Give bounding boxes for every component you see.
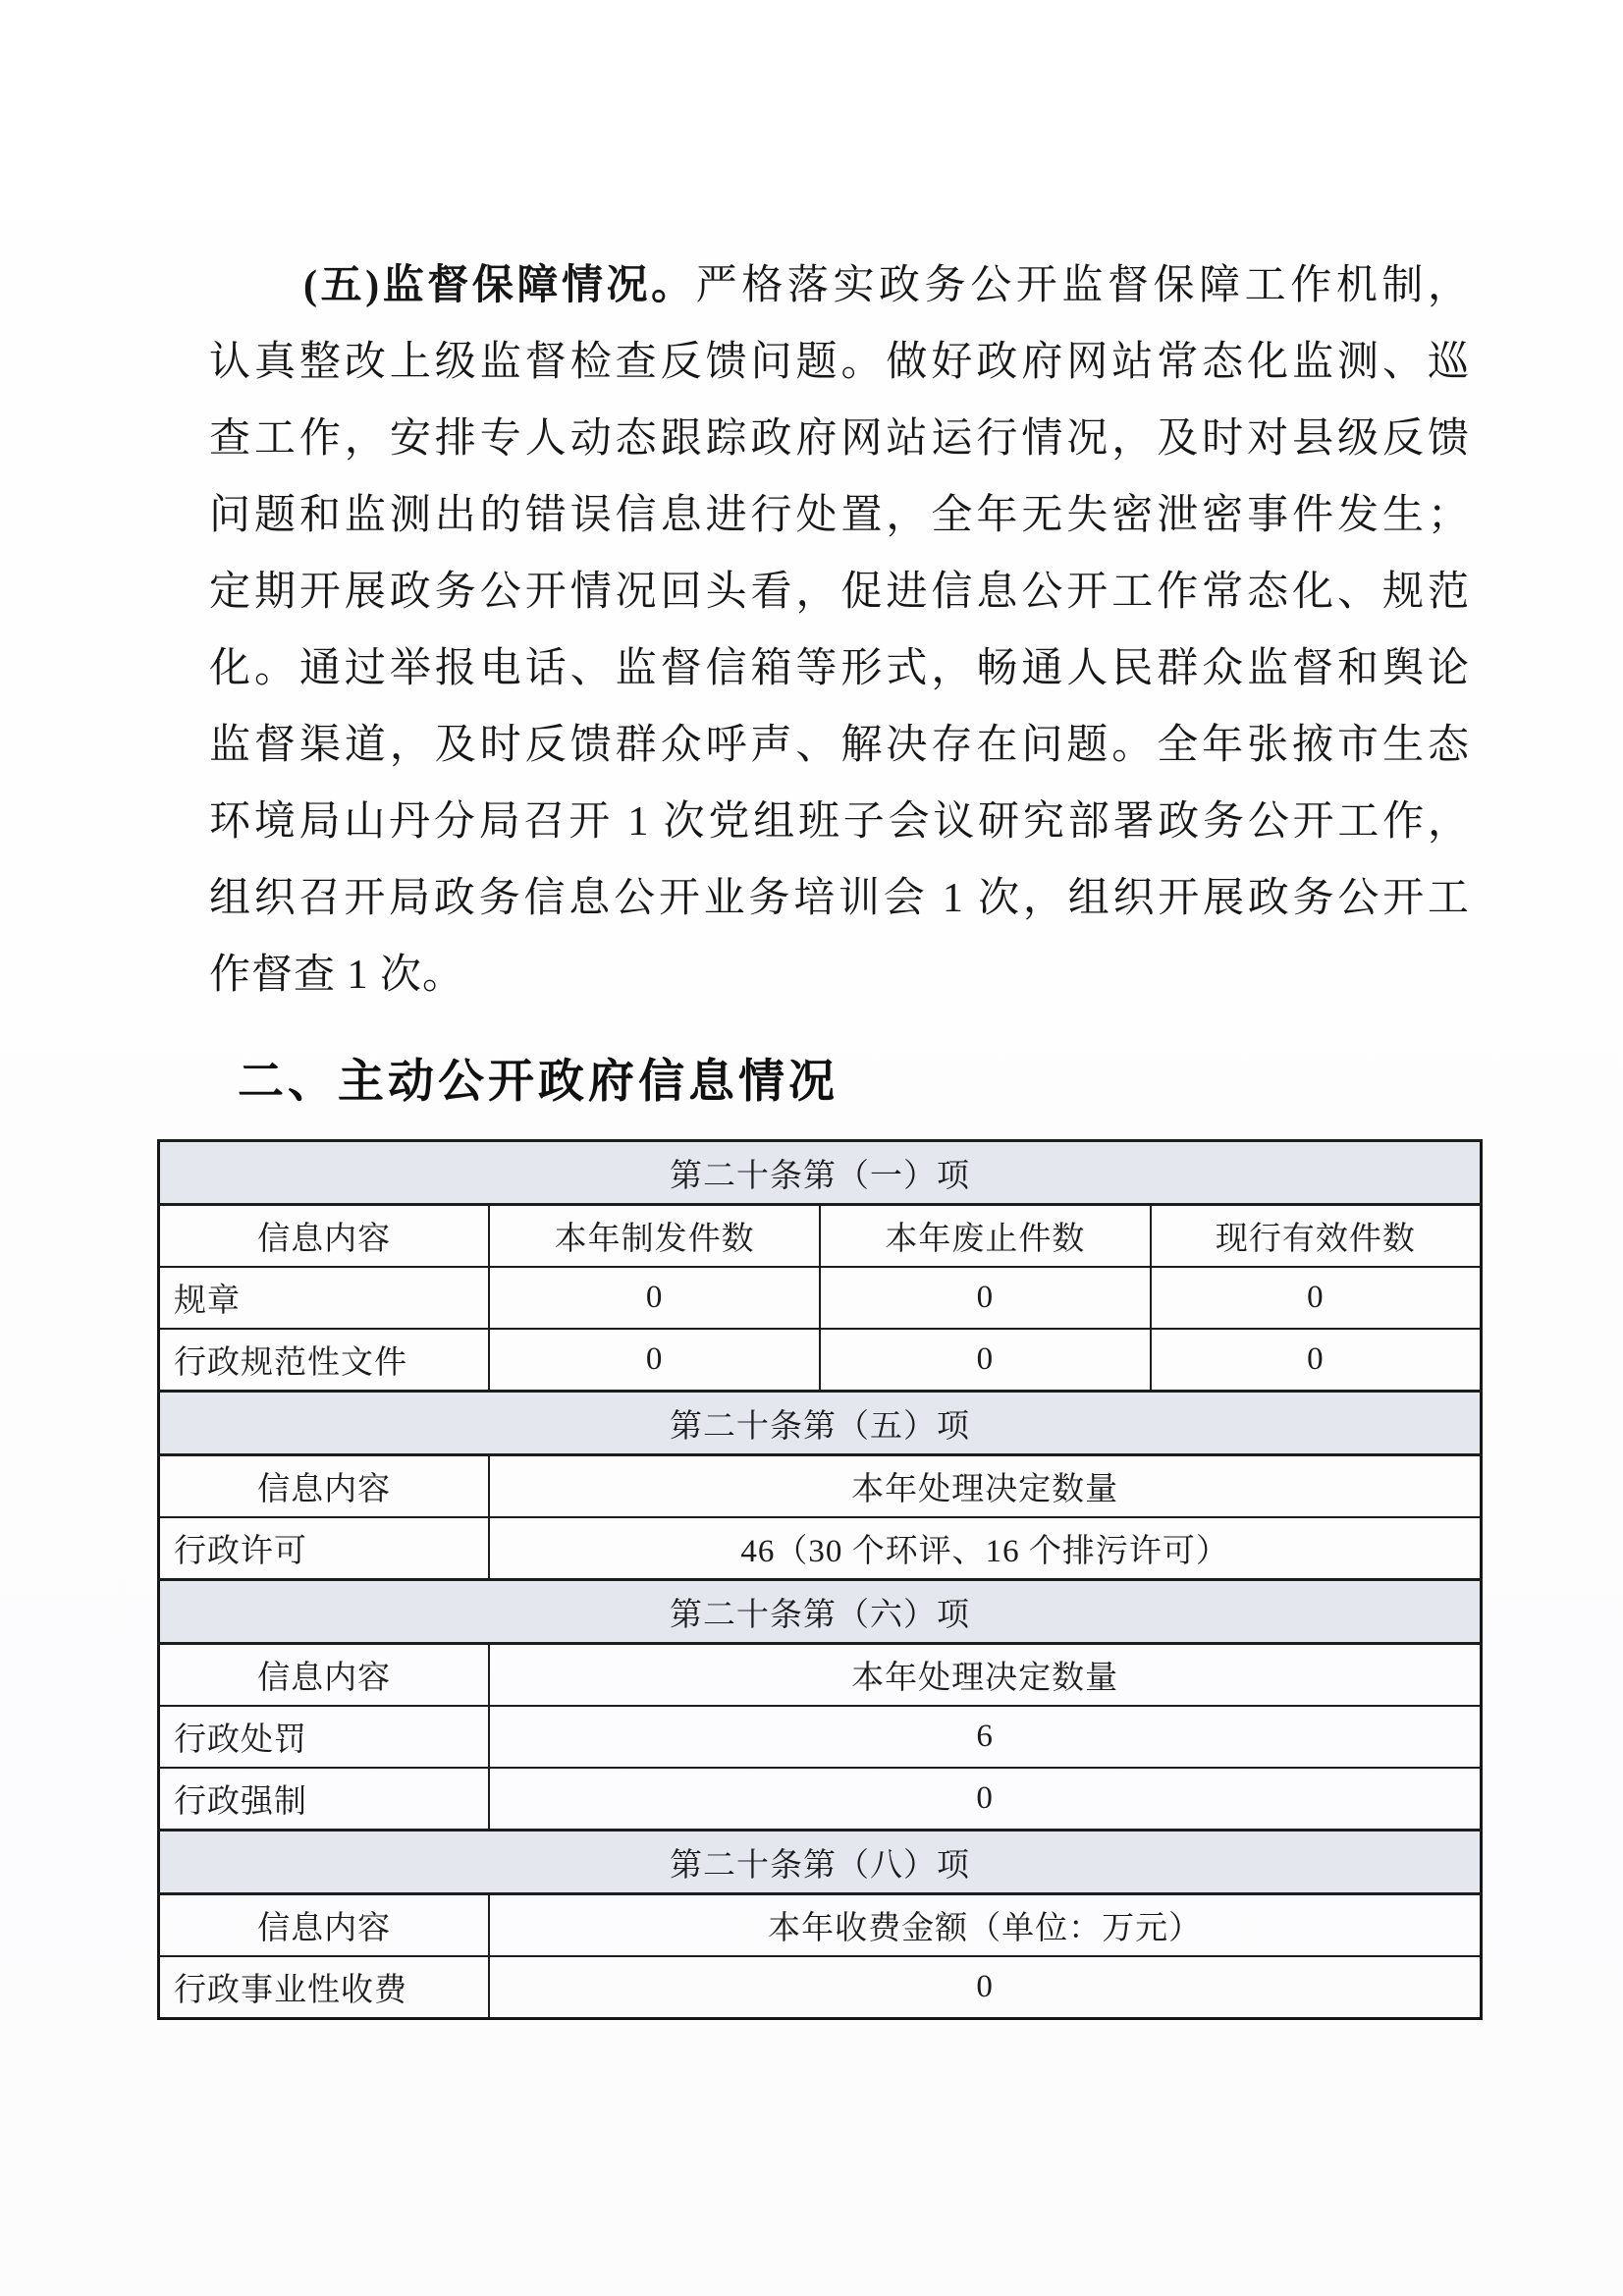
paragraph-line: 查工作，安排专人动态跟踪政府网站运行情况，及时对县级反馈 [209, 401, 1470, 477]
column-header-cell: 信息内容 [159, 1205, 490, 1268]
column-header-cell: 本年制发件数 [489, 1205, 820, 1268]
row-label-cell: 行政规范性文件 [159, 1329, 490, 1392]
paragraph-line: 监督渠道，及时反馈群众呼声、解决存在问题。全年张掖市生态 [209, 707, 1470, 784]
paragraph-bold-lead: (五)监督保障情况。 [303, 263, 696, 308]
body-paragraph: (五)监督保障情况。严格落实政务公开监督保障工作机制，认真整改上级监督检查反馈问… [209, 247, 1470, 1013]
table-section-band: 第二十条第（八）项 [159, 1831, 1482, 1894]
info-table-body: 第二十条第（一）项信息内容本年制发件数本年废止件数现行有效件数规章000行政规范… [159, 1141, 1482, 2019]
row-value-cell: 6 [489, 1706, 1481, 1768]
row-value-cell: 0 [820, 1267, 1151, 1329]
table-section-band-row: 第二十条第（一）项 [159, 1141, 1482, 1205]
row-label-cell: 行政强制 [159, 1768, 490, 1831]
paragraph-line: (五)监督保障情况。严格落实政务公开监督保障工作机制， [209, 247, 1470, 324]
paragraph-line: 问题和监测出的错误信息进行处置，全年无失密泄密事件发生； [209, 477, 1470, 554]
paragraph-line: 认真整改上级监督检查反馈问题。做好政府网站常态化监测、巡 [209, 324, 1470, 401]
paragraph-line: 化。通过举报电话、监督信箱等形式，畅通人民群众监督和舆论 [209, 630, 1470, 707]
table-header-row: 信息内容本年处理决定数量 [159, 1644, 1482, 1707]
row-value-cell: 0 [820, 1329, 1151, 1392]
table-section-band: 第二十条第（六）项 [159, 1580, 1482, 1644]
table-section-band: 第二十条第（一）项 [159, 1141, 1482, 1205]
column-header-cell: 本年处理决定数量 [489, 1455, 1481, 1518]
paragraph-line: 定期开展政务公开情况回头看，促进信息公开工作常态化、规范 [209, 554, 1470, 630]
info-table: 第二十条第（一）项信息内容本年制发件数本年废止件数现行有效件数规章000行政规范… [157, 1139, 1483, 2020]
table-section-band-row: 第二十条第（五）项 [159, 1392, 1482, 1455]
column-header-cell: 本年收费金额（单位：万元） [489, 1894, 1481, 1957]
paragraph-line: 环境局山丹分局召开 1 次党组班子会议研究部署政务公开工作， [209, 784, 1470, 860]
table-row: 行政许可46（30 个环评、16 个排污许可） [159, 1517, 1482, 1580]
row-label-cell: 行政许可 [159, 1517, 490, 1580]
column-header-cell: 本年废止件数 [820, 1205, 1151, 1268]
row-value-cell: 0 [489, 1768, 1481, 1831]
row-label-cell: 行政处罚 [159, 1706, 490, 1768]
table-row: 规章000 [159, 1267, 1482, 1329]
table-row: 行政规范性文件000 [159, 1329, 1482, 1392]
document-page: (五)监督保障情况。严格落实政务公开监督保障工作机制，认真整改上级监督检查反馈问… [0, 0, 1623, 2296]
row-value-cell: 0 [489, 1267, 820, 1329]
paragraph-line: 作督查 1 次。 [209, 937, 1470, 1013]
column-header-cell: 现行有效件数 [1151, 1205, 1482, 1268]
row-value-cell: 0 [1151, 1329, 1482, 1392]
table-header-row: 信息内容本年制发件数本年废止件数现行有效件数 [159, 1205, 1482, 1268]
column-header-cell: 信息内容 [159, 1455, 490, 1518]
row-value-cell: 0 [489, 1329, 820, 1392]
table-header-row: 信息内容本年收费金额（单位：万元） [159, 1894, 1482, 1957]
row-value-cell: 0 [489, 1956, 1481, 2019]
table-section-band-row: 第二十条第（六）项 [159, 1580, 1482, 1644]
column-header-cell: 信息内容 [159, 1644, 490, 1707]
table-row: 行政处罚6 [159, 1706, 1482, 1768]
table-section-band: 第二十条第（五）项 [159, 1392, 1482, 1455]
column-header-cell: 信息内容 [159, 1894, 490, 1957]
row-label-cell: 行政事业性收费 [159, 1956, 490, 2019]
column-header-cell: 本年处理决定数量 [489, 1644, 1481, 1707]
row-value-cell: 46（30 个环评、16 个排污许可） [489, 1517, 1481, 1580]
table-section-band-row: 第二十条第（八）项 [159, 1831, 1482, 1894]
paragraph-line: 组织召开局政务信息公开业务培训会 1 次，组织开展政务公开工 [209, 860, 1470, 937]
section-heading: 二、主动公开政府信息情况 [238, 1045, 839, 1111]
table-row: 行政事业性收费0 [159, 1956, 1482, 2019]
row-value-cell: 0 [1151, 1267, 1482, 1329]
table-header-row: 信息内容本年处理决定数量 [159, 1455, 1482, 1518]
table-row: 行政强制0 [159, 1768, 1482, 1831]
row-label-cell: 规章 [159, 1267, 490, 1329]
